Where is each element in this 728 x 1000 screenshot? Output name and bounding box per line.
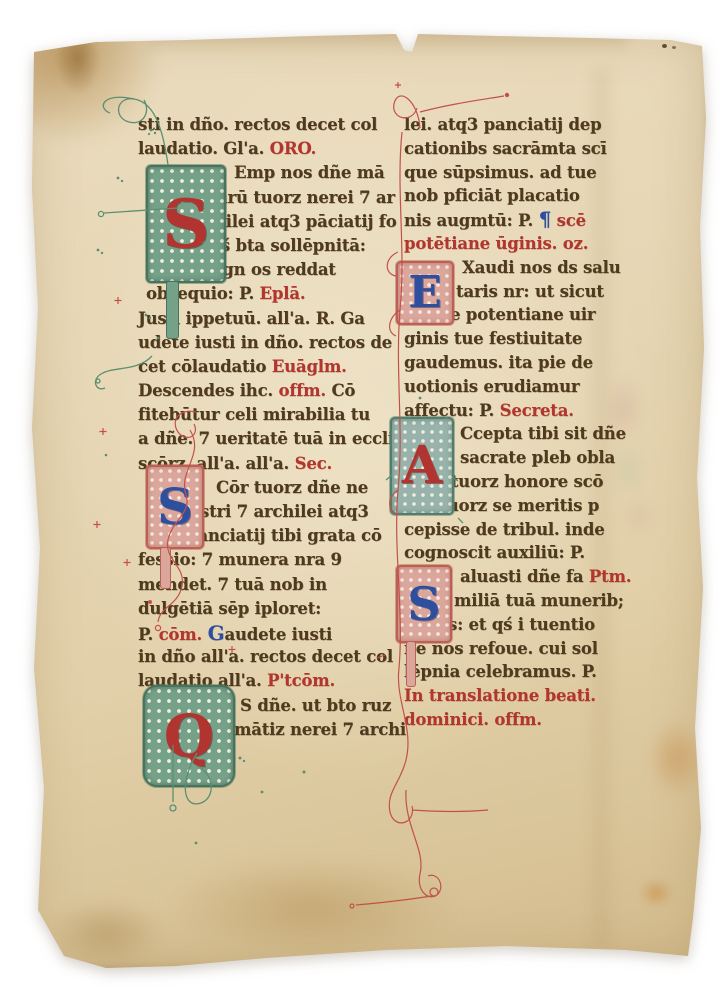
text-line: ginis tue festiuitate <box>404 327 670 351</box>
text-run: Secreta. <box>500 401 574 420</box>
text-line: fessio: 7 munera nra 9 <box>138 548 396 572</box>
text-line: In translatione beati. <box>404 684 670 708</box>
text-line: Descendes ihc. offm. Cō <box>138 379 396 403</box>
stain-top-edge <box>146 28 626 54</box>
text-run: in dño all'a. rectos decet col <box>138 647 393 666</box>
text-run: scē <box>551 211 586 230</box>
text-run: G <box>208 621 225 645</box>
text-line: sti in dño. rectos decet col <box>138 113 396 137</box>
text-run: mātiz nerei 7 archi <box>234 720 406 739</box>
text-line: uotionis erudiamur <box>404 375 670 399</box>
text-run: potētiane ūginis. oz. <box>404 234 588 253</box>
initial-letter: A <box>402 440 442 492</box>
initial-letter: Q <box>164 707 215 765</box>
initial-descender <box>406 641 416 687</box>
text-run: a dñe. 7 ueritatē tuā in eccli <box>138 429 394 448</box>
text-run: audete iusti <box>224 625 332 644</box>
text-run: Euāglm. <box>272 357 347 376</box>
text-run: cepisse de tribul. inde <box>404 520 605 539</box>
vellum-page: S S Q sti in dño. rectos decet collaudat… <box>26 28 708 968</box>
text-run: Eplā. <box>260 284 306 303</box>
text-line: dulgētiā sēp iploret: <box>138 597 396 621</box>
text-run: lēpnia celebramus. P. <box>404 662 597 681</box>
text-run: cet cōlaudatio <box>138 357 272 376</box>
initial-descender <box>160 547 171 589</box>
illuminated-initial-s1: S <box>146 165 226 283</box>
text-line: fitebūtur celi mirabilia tu <box>138 403 396 427</box>
illuminated-initial-q: Q <box>143 685 235 787</box>
text-run: dulgētiā sēp iploret: <box>138 599 321 618</box>
text-run: Ccepta tibi sit dñe <box>460 424 626 443</box>
stain-bottom-right <box>638 878 674 908</box>
text-run: S dñe. ut bto ruz <box>240 696 391 715</box>
text-line: laudatio. Gl'a. ORO. <box>138 137 396 161</box>
text-line: nob pficiāt placatio <box>404 184 670 208</box>
text-line: que sūpsimus. ad tue <box>404 161 670 185</box>
text-column-left: S S Q sti in dño. rectos decet collaudat… <box>138 113 396 793</box>
text-run: panciatij tibi grata cō <box>186 526 382 545</box>
text-run: P'tcōm. <box>267 671 335 690</box>
text-line: gaudemus. ita pie de <box>404 351 670 375</box>
illuminated-initial-a: A <box>390 417 454 515</box>
text-run: sti in dño. rectos decet col <box>138 115 377 134</box>
text-run: que sūpsimus. ad tue <box>404 163 596 182</box>
text-column-right: E A S lei. atq3 panciatij depcationibs s… <box>404 113 670 763</box>
text-run: stri 7 archilei atq3 <box>200 502 369 521</box>
initial-descender <box>166 281 179 339</box>
text-line: nis augmtū: P. ¶ scē <box>404 208 670 232</box>
text-run: lei. atq3 panciatij dep <box>404 115 601 134</box>
text-run: nob pficiāt placatio <box>404 186 580 205</box>
text-run: laudatio. Gl'a. <box>138 139 270 158</box>
stain-bottom <box>166 858 456 958</box>
initial-letter: S <box>407 581 440 627</box>
text-run: P. <box>138 625 159 644</box>
text-run: ORO. <box>270 139 316 158</box>
text-run: cationibs sacrāmta scī <box>404 139 607 158</box>
illuminated-initial-s2: S <box>146 465 204 549</box>
text-run: ¶ <box>539 207 552 231</box>
text-line: P. cōm. Gaudete iusti <box>138 621 396 645</box>
stain-bottom-left <box>46 898 166 968</box>
text-run: Cō <box>331 381 355 400</box>
text-run: miliā tuā munerib; <box>454 591 624 610</box>
text-line: cognoscit auxiliū: P. <box>404 541 670 565</box>
initial-letter: E <box>408 271 442 315</box>
text-line: dominici. offm. <box>404 708 670 732</box>
initial-letter: S <box>157 482 193 532</box>
text-run: aluasti dñe fa <box>460 567 589 586</box>
text-line: a dñe. 7 ueritatē tuā in eccli <box>138 427 396 451</box>
text-run: Cōr tuorz dñe ne <box>216 478 368 497</box>
text-run: Xaudi nos ds salu <box>462 258 621 277</box>
text-run: dominici. offm. <box>404 710 542 729</box>
text-line: cepisse de tribul. inde <box>404 518 670 542</box>
stain-top-left-mark <box>56 34 100 94</box>
text-run: chilei atq3 pāciatij fo <box>204 212 397 231</box>
photo-background: S S Q sti in dño. rectos decet collaudat… <box>0 0 728 1000</box>
text-run: offm. <box>279 381 332 400</box>
text-run: Emp nos dñe mā <box>234 163 384 182</box>
text-line: in dño all'a. rectos decet col <box>138 645 396 669</box>
text-run: tirū tuorz nerei 7 ar <box>214 188 395 207</box>
text-run: Sec. <box>295 454 332 473</box>
text-run: fitebūtur celi mirabilia tu <box>138 405 370 424</box>
text-run: uotionis erudiamur <box>404 377 579 396</box>
ink-specks <box>662 44 680 52</box>
text-run: In translatione beati. <box>404 686 596 705</box>
text-run: cognoscit auxiliū: P. <box>404 543 585 562</box>
text-run: obsequio: P. <box>146 284 260 303</box>
text-line: potētiane ūginis. oz. <box>404 232 670 256</box>
text-line: mendet. 7 tuā nob in <box>138 573 396 597</box>
illuminated-initial-s3: S <box>396 565 452 643</box>
text-run: sacrate pleb obla <box>460 448 615 467</box>
text-line: lei. atq3 panciatij dep <box>404 113 670 137</box>
text-line: cet cōlaudatio Euāglm. <box>138 355 396 379</box>
initial-letter: S <box>162 191 210 257</box>
manuscript-leaf: S S Q sti in dño. rectos decet collaudat… <box>0 0 728 1000</box>
text-run: Ptm. <box>589 567 631 586</box>
text-run: ginis tue festiuitate <box>404 329 582 348</box>
text-line: lēpnia celebramus. P. <box>404 660 670 684</box>
text-run: gaudemus. ita pie de <box>404 353 593 372</box>
text-run: taris nr: ut sicut <box>456 282 604 301</box>
illuminated-initial-e: E <box>396 261 454 325</box>
text-run: nis augmtū: P. <box>404 211 539 230</box>
text-run: Descendes ihc. <box>138 381 279 400</box>
text-line: cationibs sacrāmta scī <box>404 137 670 161</box>
text-run: cōm. <box>159 625 208 644</box>
